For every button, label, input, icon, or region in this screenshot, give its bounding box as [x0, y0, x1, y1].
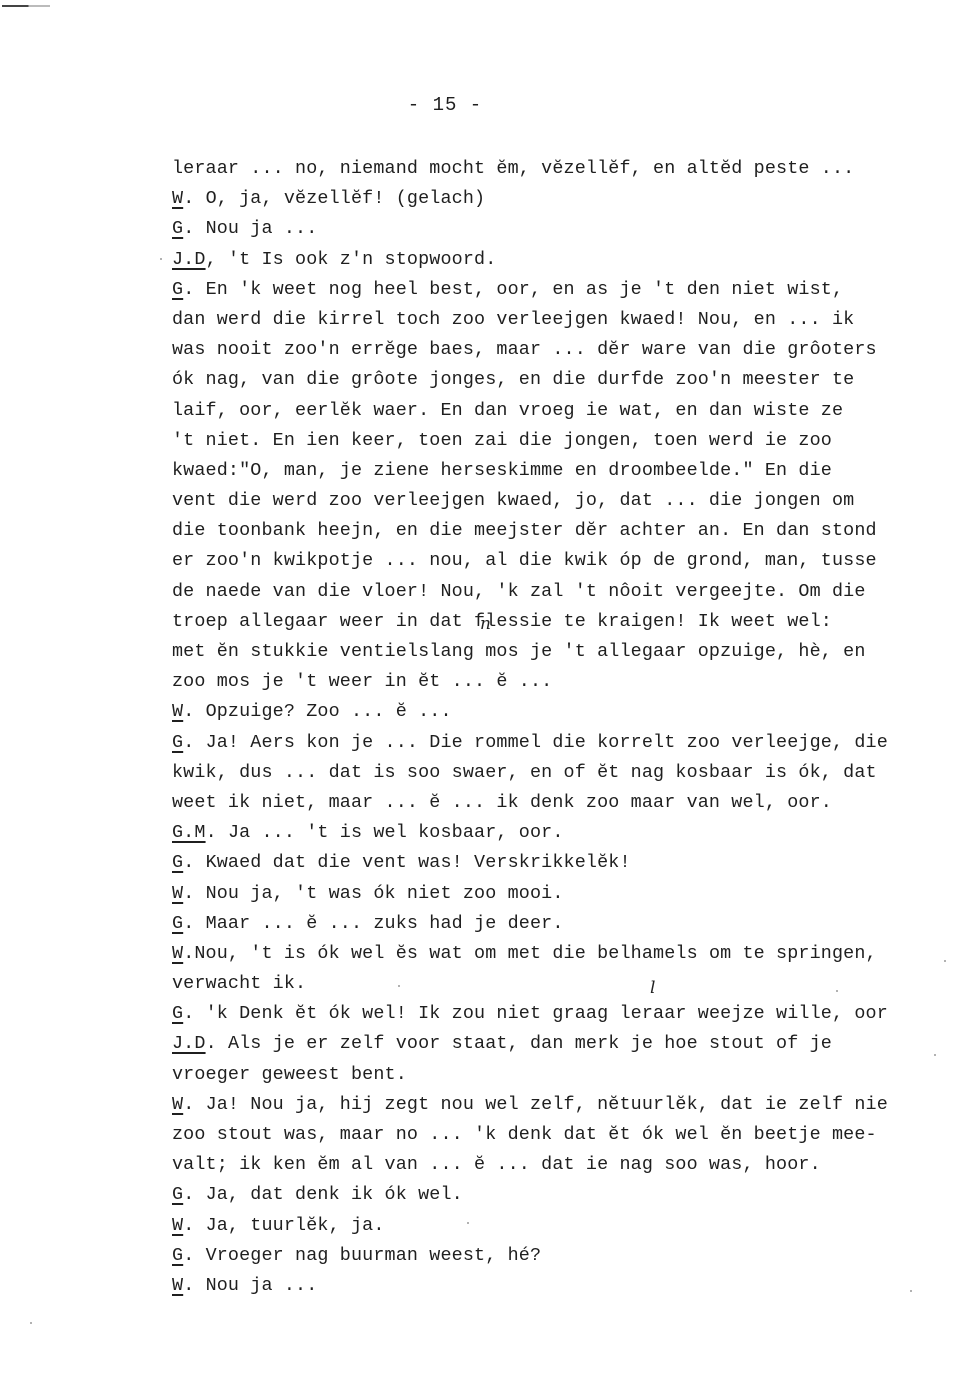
paper-speck: [934, 1054, 936, 1056]
corner-rule: [2, 5, 50, 7]
speaker-label: G: [172, 279, 183, 300]
line-text: die toonbank heejn, en die meejster dĕr …: [172, 520, 877, 541]
line-text: Nou, 't is ók wel ĕs wat om met die belh…: [194, 943, 876, 964]
line-text: zoo stout was, maar no ... 'k denk dat ĕ…: [172, 1124, 877, 1145]
line-text: O, ja, vĕzellĕf! (gelach): [206, 188, 486, 209]
page-number: - 15 -: [400, 94, 490, 116]
speaker-separator: .: [183, 943, 194, 964]
speaker-label: G: [172, 913, 183, 934]
paper-speck: [910, 1290, 912, 1292]
speaker-label: J.D: [172, 1033, 206, 1054]
speaker-line: G. Kwaed dat die vent was! Verskrikkelĕk…: [172, 848, 960, 878]
text-line: er zoo'n kwikpotje ... nou, al die kwik …: [172, 546, 960, 576]
text-line: zoo stout was, maar no ... 'k denk dat ĕ…: [172, 1120, 960, 1150]
text-line: met ĕn stukkie ventielslang mos je 't al…: [172, 637, 960, 667]
line-text: zoo mos je 't weer in ĕt ... ĕ ...: [172, 671, 552, 692]
line-text: Als je er zelf voor staat, dan merk je h…: [228, 1033, 832, 1054]
speaker-label: G.M: [172, 822, 206, 843]
paper-speck: [467, 1222, 469, 1224]
text-line: die toonbank heejn, en die meejster dĕr …: [172, 516, 960, 546]
speaker-separator: .: [183, 279, 205, 300]
speaker-separator: .: [183, 852, 205, 873]
speaker-separator: .: [183, 1094, 205, 1115]
speaker-line: W.Nou, 't is ók wel ĕs wat om met die be…: [172, 939, 960, 969]
text-line: was nooit zoo'n errĕge baes, maar ... dĕ…: [172, 335, 960, 365]
speaker-label: W: [172, 1275, 183, 1296]
speaker-line: W. O, ja, vĕzellĕf! (gelach): [172, 184, 960, 214]
handwritten-correction-l: l: [650, 978, 655, 998]
line-text: met ĕn stukkie ventielslang mos je 't al…: [172, 641, 866, 662]
line-text: Ja, dat denk ik ók wel.: [206, 1184, 463, 1205]
line-text: Ja, tuurlĕk, ja.: [206, 1215, 385, 1236]
line-text: Opzuige? Zoo ... ĕ ...: [206, 701, 452, 722]
line-text: Ja! Nou ja, hij zegt nou wel zelf, nĕtuu…: [206, 1094, 888, 1115]
text-line: weet ik niet, maar ... ĕ ... ik denk zoo…: [172, 788, 960, 818]
line-text: Nou ja, 't was ók niet zoo mooi.: [206, 883, 564, 904]
line-text: laif, oor, eerlĕk waer. En dan vroeg ie …: [172, 400, 843, 421]
speaker-label: W: [172, 943, 183, 964]
text-line: valt; ik ken ĕm al van ... ĕ ... dat ie …: [172, 1150, 960, 1180]
text-line: troep allegaar weer in dat flessie te kr…: [172, 607, 960, 637]
speaker-label: G: [172, 732, 183, 753]
speaker-line: G. Ja! Aers kon je ... Die rommel die ko…: [172, 728, 960, 758]
line-text: dan werd die kirrel toch zoo verleejgen …: [172, 309, 854, 330]
speaker-separator: .: [183, 1275, 205, 1296]
speaker-label: W: [172, 883, 183, 904]
handwritten-correction-n: n: [480, 614, 491, 634]
text-line: laif, oor, eerlĕk waer. En dan vroeg ie …: [172, 396, 960, 426]
speaker-separator: .: [183, 1003, 205, 1024]
speaker-line: J.D, 't Is ook z'n stopwoord.: [172, 245, 960, 275]
text-line: vent die werd zoo verleejgen kwaed, jo, …: [172, 486, 960, 516]
speaker-separator: .: [183, 701, 205, 722]
speaker-label: W: [172, 1094, 183, 1115]
speaker-line: G. Vroeger nag buurman weest, hé?: [172, 1241, 960, 1271]
speaker-label: W: [172, 1215, 183, 1236]
text-line: ók nag, van die grôote jonges, en die du…: [172, 365, 960, 395]
speaker-line: J.D. Als je er zelf voor staat, dan merk…: [172, 1029, 960, 1059]
speaker-label: W: [172, 701, 183, 722]
speaker-label: G: [172, 1184, 183, 1205]
text-line: vroeger geweest bent.: [172, 1060, 960, 1090]
line-text: Ja! Aers kon je ... Die rommel die korre…: [206, 732, 888, 753]
line-text: 't niet. En ien keer, toen zai die jonge…: [172, 430, 832, 451]
speaker-line: G. En 'k weet nog heel best, oor, en as …: [172, 275, 960, 305]
speaker-label: G: [172, 1003, 183, 1024]
line-text: Ja ... 't is wel kosbaar, oor.: [228, 822, 564, 843]
speaker-separator: ,: [206, 249, 228, 270]
text-line: verwacht ik.: [172, 969, 960, 999]
speaker-separator: .: [183, 732, 205, 753]
line-text: kwaed:"O, man, je ziene herseskimme en d…: [172, 460, 832, 481]
line-text: 'k Denk ĕt ók wel! Ik zou niet graag ler…: [206, 1003, 888, 1024]
line-text: Nou ja ...: [206, 218, 318, 239]
line-text: de naede van die vloer! Nou, 'k zal 't n…: [172, 581, 866, 602]
speaker-label: G: [172, 852, 183, 873]
speaker-separator: .: [183, 1184, 205, 1205]
speaker-label: G: [172, 218, 183, 239]
line-text: verwacht ik.: [172, 973, 306, 994]
speaker-line: G. Nou ja ...: [172, 214, 960, 244]
line-text: Kwaed dat die vent was! Verskrikkelĕk!: [206, 852, 631, 873]
speaker-separator: .: [206, 1033, 228, 1054]
line-text: vent die werd zoo verleejgen kwaed, jo, …: [172, 490, 854, 511]
speaker-separator: .: [183, 1245, 205, 1266]
paper-speck: [836, 990, 838, 992]
line-text: er zoo'n kwikpotje ... nou, al die kwik …: [172, 550, 877, 571]
paper-speck: [398, 985, 400, 987]
speaker-line: G. Maar ... ĕ ... zuks had je deer.: [172, 909, 960, 939]
line-text: Vroeger nag buurman weest, hé?: [206, 1245, 542, 1266]
line-text: 't Is ook z'n stopwoord.: [228, 249, 496, 270]
line-text: leraar ... no, niemand mocht ĕm, vĕzellĕ…: [172, 158, 854, 179]
line-text: Maar ... ĕ ... zuks had je deer.: [206, 913, 564, 934]
line-text: En 'k weet nog heel best, oor, en as je …: [206, 279, 844, 300]
line-text: was nooit zoo'n errĕge baes, maar ... dĕ…: [172, 339, 877, 360]
speaker-line: W. Opzuige? Zoo ... ĕ ...: [172, 697, 960, 727]
line-text: kwik, dus ... dat is soo swaer, en of ĕt…: [172, 762, 877, 783]
speaker-line: G. 'k Denk ĕt ók wel! Ik zou niet graag …: [172, 999, 960, 1029]
text-line: kwaed:"O, man, je ziene herseskimme en d…: [172, 456, 960, 486]
speaker-separator: .: [183, 913, 205, 934]
typewritten-page: - 15 - leraar ... no, niemand mocht ĕm, …: [0, 0, 960, 1377]
speaker-separator: .: [183, 1215, 205, 1236]
transcript-body: leraar ... no, niemand mocht ĕm, vĕzellĕ…: [172, 154, 960, 1301]
paper-speck: [30, 1322, 32, 1324]
line-text: vroeger geweest bent.: [172, 1064, 407, 1085]
speaker-label: G: [172, 1245, 183, 1266]
line-text: valt; ik ken ĕm al van ... ĕ ... dat ie …: [172, 1154, 821, 1175]
speaker-line: G. Ja, dat denk ik ók wel.: [172, 1180, 960, 1210]
speaker-line: W. Nou ja, 't was ók niet zoo mooi.: [172, 879, 960, 909]
text-line: 't niet. En ien keer, toen zai die jonge…: [172, 426, 960, 456]
speaker-label: W: [172, 188, 183, 209]
text-line: dan werd die kirrel toch zoo verleejgen …: [172, 305, 960, 335]
speaker-line: W. Ja, tuurlĕk, ja.: [172, 1211, 960, 1241]
paper-speck: [944, 960, 946, 962]
line-text: ók nag, van die grôote jonges, en die du…: [172, 369, 854, 390]
speaker-separator: .: [183, 883, 205, 904]
text-line: kwik, dus ... dat is soo swaer, en of ĕt…: [172, 758, 960, 788]
speaker-label: J.D: [172, 249, 206, 270]
text-line: de naede van die vloer! Nou, 'k zal 't n…: [172, 577, 960, 607]
text-line: leraar ... no, niemand mocht ĕm, vĕzellĕ…: [172, 154, 960, 184]
speaker-line: G.M. Ja ... 't is wel kosbaar, oor.: [172, 818, 960, 848]
speaker-line: W. Ja! Nou ja, hij zegt nou wel zelf, nĕ…: [172, 1090, 960, 1120]
speaker-separator: .: [183, 218, 205, 239]
speaker-line: W. Nou ja ...: [172, 1271, 960, 1301]
paper-speck: [160, 258, 162, 260]
line-text: weet ik niet, maar ... ĕ ... ik denk zoo…: [172, 792, 832, 813]
speaker-separator: .: [183, 188, 205, 209]
line-text: troep allegaar weer in dat flessie te kr…: [172, 611, 832, 632]
speaker-separator: .: [206, 822, 228, 843]
line-text: Nou ja ...: [206, 1275, 318, 1296]
text-line: zoo mos je 't weer in ĕt ... ĕ ...: [172, 667, 960, 697]
